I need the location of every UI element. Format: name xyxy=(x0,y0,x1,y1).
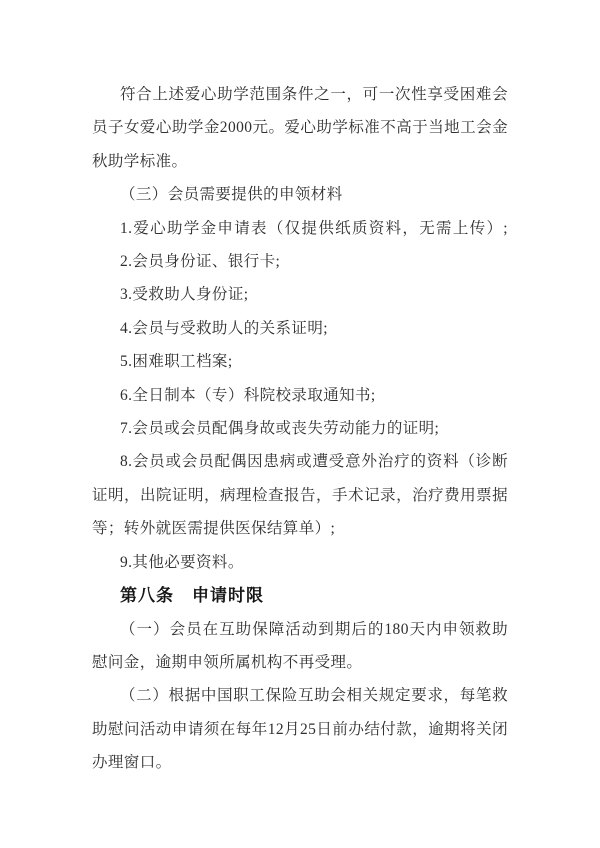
section-heading: 第八条申请时限 xyxy=(92,579,508,612)
document-line: 3.受救助人身份证; xyxy=(92,278,508,311)
document-line: 符合上述爱心助学范围条件之一，可一次性享受困难会 xyxy=(92,78,508,111)
document-line: 等；转外就医需提供医保结算单）; xyxy=(92,512,508,545)
document-line: 6.全日制本（专）科院校录取通知书; xyxy=(92,379,508,412)
document-line: 7.会员或会员配偶身故或丧失劳动能力的证明; xyxy=(92,412,508,445)
document-line: 1.爱心助学金申请表（仅提供纸质资料，无需上传）; xyxy=(92,212,508,245)
document-page: 符合上述爱心助学范围条件之一，可一次性享受困难会员子女爱心助学金2000元。爱心… xyxy=(0,0,600,848)
document-line: 8.会员或会员配偶因患病或遭受意外治疗的资料（诊断 xyxy=(92,445,508,478)
heading-title: 申请时限 xyxy=(192,586,264,605)
heading-number: 第八条 xyxy=(120,586,174,605)
document-line: 员子女爱心助学金2000元。爱心助学标准不高于当地工会金 xyxy=(92,111,508,144)
document-line: （二）根据中国职工保险互助会相关规定要求，每笔救 xyxy=(92,679,508,712)
document-line: 2.会员身份证、银行卡; xyxy=(92,245,508,278)
document-line: 助慰问活动申请须在每年12月25日前办结付款，逾期将关闭 xyxy=(92,713,508,746)
document-line: 5.困难职工档案; xyxy=(92,345,508,378)
document-line: 4.会员与受救助人的关系证明; xyxy=(92,312,508,345)
document-line: （一）会员在互助保障活动到期后的180天内申领救助 xyxy=(92,613,508,646)
document-line: 秋助学标准。 xyxy=(92,145,508,178)
document-line: 慰问金，逾期申领所属机构不再受理。 xyxy=(92,646,508,679)
document-body: 符合上述爱心助学范围条件之一，可一次性享受困难会员子女爱心助学金2000元。爱心… xyxy=(92,78,508,780)
document-line: 证明，出院证明，病理检查报告，手术记录，治疗费用票据 xyxy=(92,479,508,512)
document-line: 9.其他必要资料。 xyxy=(92,546,508,579)
document-line: 办理窗口。 xyxy=(92,746,508,779)
document-line: （三）会员需要提供的申领材料 xyxy=(92,178,508,211)
